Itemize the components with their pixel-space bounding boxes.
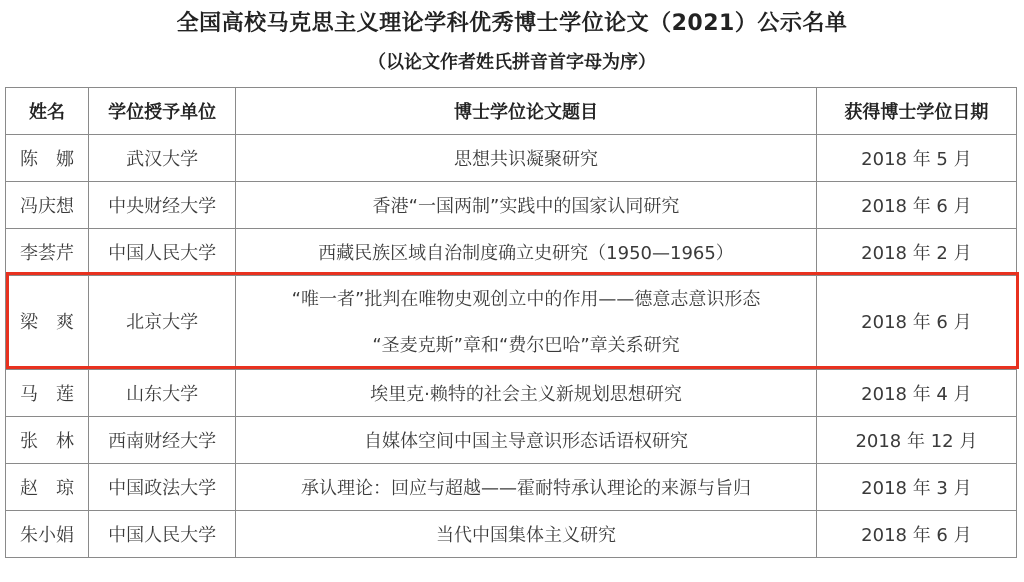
cell-title: 当代中国集体主义研究 — [236, 511, 817, 558]
cell-date: 2018 年 4 月 — [816, 370, 1016, 417]
document-subtitle: （以论文作者姓氏拼音首字母为序） — [0, 48, 1024, 74]
table-row: 马 莲 山东大学 埃里克·赖特的社会主义新规划思想研究 2018 年 4 月 — [6, 370, 1017, 417]
cell-title: 承认理论：回应与超越——霍耐特承认理论的来源与旨归 — [236, 464, 817, 511]
cell-title-line2: “圣麦克斯”章和“费尔巴哈”章关系研究 — [236, 323, 816, 369]
cell-title: “唯一者”批判在唯物史观创立中的作用——德意志意识形态 “圣麦克斯”章和“费尔巴… — [236, 276, 817, 370]
cell-name: 赵 琼 — [6, 464, 89, 511]
cell-unit: 武汉大学 — [89, 135, 236, 182]
cell-date: 2018 年 2 月 — [816, 229, 1016, 276]
table-row: 朱小娟 中国人民大学 当代中国集体主义研究 2018 年 6 月 — [6, 511, 1017, 558]
cell-unit: 山东大学 — [89, 370, 236, 417]
cell-name: 陈 娜 — [6, 135, 89, 182]
cell-title: 西藏民族区域自治制度确立史研究（1950—1965） — [236, 229, 817, 276]
cell-unit: 中国政法大学 — [89, 464, 236, 511]
cell-name: 冯庆想 — [6, 182, 89, 229]
header-title: 博士学位论文题目 — [236, 88, 817, 135]
document-title: 全国高校马克思主义理论学科优秀博士学位论文（2021）公示名单 — [0, 6, 1024, 37]
cell-unit: 西南财经大学 — [89, 417, 236, 464]
cell-date: 2018 年 5 月 — [816, 135, 1016, 182]
cell-unit: 中国人民大学 — [89, 229, 236, 276]
cell-title: 香港“一国两制”实践中的国家认同研究 — [236, 182, 817, 229]
cell-date: 2018 年 6 月 — [816, 276, 1016, 370]
cell-title: 自媒体空间中国主导意识形态话语权研究 — [236, 417, 817, 464]
cell-name: 李荟芹 — [6, 229, 89, 276]
table-row: 陈 娜 武汉大学 思想共识凝聚研究 2018 年 5 月 — [6, 135, 1017, 182]
cell-unit: 中央财经大学 — [89, 182, 236, 229]
table-row: 冯庆想 中央财经大学 香港“一国两制”实践中的国家认同研究 2018 年 6 月 — [6, 182, 1017, 229]
cell-title: 埃里克·赖特的社会主义新规划思想研究 — [236, 370, 817, 417]
table-row: 张 林 西南财经大学 自媒体空间中国主导意识形态话语权研究 2018 年 12 … — [6, 417, 1017, 464]
header-unit: 学位授予单位 — [89, 88, 236, 135]
cell-name: 马 莲 — [6, 370, 89, 417]
cell-date: 2018 年 6 月 — [816, 182, 1016, 229]
cell-date: 2018 年 12 月 — [816, 417, 1016, 464]
cell-name: 梁 爽 — [6, 276, 89, 370]
cell-date: 2018 年 6 月 — [816, 511, 1016, 558]
cell-unit: 北京大学 — [89, 276, 236, 370]
cell-title: 思想共识凝聚研究 — [236, 135, 817, 182]
header-date: 获得博士学位日期 — [816, 88, 1016, 135]
table-row-highlighted: 梁 爽 北京大学 “唯一者”批判在唯物史观创立中的作用——德意志意识形态 “圣麦… — [6, 276, 1017, 370]
cell-date: 2018 年 3 月 — [816, 464, 1016, 511]
table-header-row: 姓名 学位授予单位 博士学位论文题目 获得博士学位日期 — [6, 88, 1017, 135]
header-name: 姓名 — [6, 88, 89, 135]
thesis-list-table: 姓名 学位授予单位 博士学位论文题目 获得博士学位日期 陈 娜 武汉大学 思想共… — [5, 87, 1017, 558]
cell-name: 张 林 — [6, 417, 89, 464]
cell-unit: 中国人民大学 — [89, 511, 236, 558]
cell-name: 朱小娟 — [6, 511, 89, 558]
table-row: 李荟芹 中国人民大学 西藏民族区域自治制度确立史研究（1950—1965） 20… — [6, 229, 1017, 276]
cell-title-line1: “唯一者”批判在唯物史观创立中的作用——德意志意识形态 — [236, 277, 816, 323]
table-row: 赵 琼 中国政法大学 承认理论：回应与超越——霍耐特承认理论的来源与旨归 201… — [6, 464, 1017, 511]
